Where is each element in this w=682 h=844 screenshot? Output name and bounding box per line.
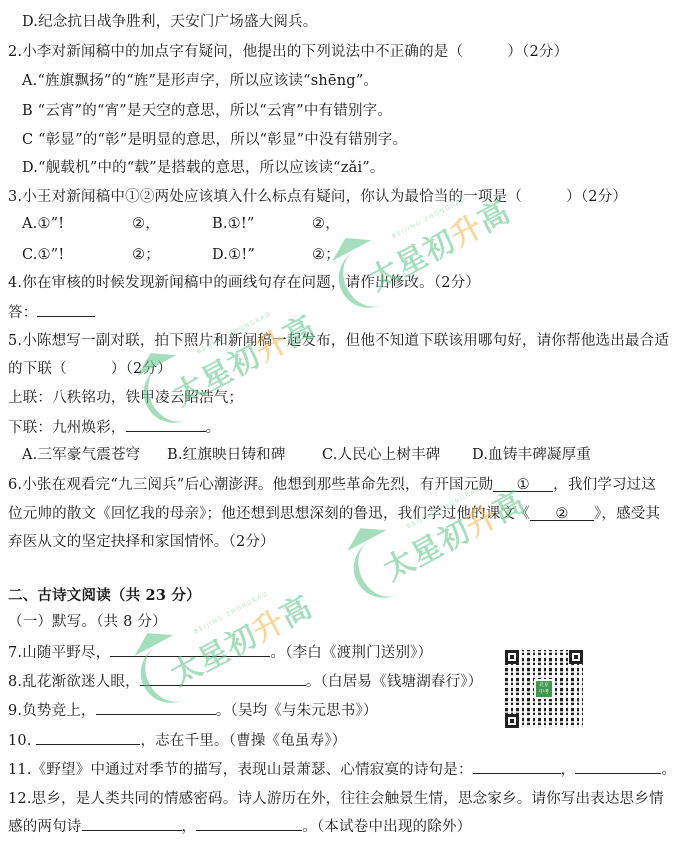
- watermark-arc-icon: [343, 536, 408, 609]
- section-2-subtitle: （一）默写。（共 8 分）: [8, 612, 167, 632]
- q4-answer: 答：: [8, 302, 95, 323]
- q8-suffix: 。（白居易《钱塘湖春行》）: [306, 674, 483, 690]
- q12-blank-1[interactable]: [82, 816, 182, 831]
- q6-line-1-text: 6.小张在观看完“九三阅兵”后心潮澎湃。他想到那些革命先烈，有开国元勋: [8, 477, 493, 493]
- qr-finder-bottom-left: [505, 714, 519, 728]
- q12-line-1: 12.思乡，是人类共同的情感密码。诗人游历在外，往往会触景生情，思念家乡。请你写…: [8, 789, 664, 809]
- q1-option-d: D.纪念抗日战争胜利，天安门广场盛大阅兵。: [22, 12, 317, 32]
- q5-option-b: B.红旗映日铸和碑: [167, 445, 322, 465]
- q7-blank[interactable]: [110, 642, 270, 657]
- qr-logo-line-1: 北京: [536, 682, 552, 689]
- q6-line-1-tail: ，我们学习过这: [553, 477, 656, 493]
- q4-answer-blank[interactable]: [37, 302, 95, 317]
- q2-option-b: B “云宵”的“宵”是天空的意思，所以“云宵”中有错别字。: [22, 101, 392, 121]
- q9: 9.负势竞上，。（吴均《与朱元思书》）: [8, 700, 378, 721]
- q2-option-c: C “彰显”的“彰”是明显的意思，所以“彰显”中没有错别字。: [22, 130, 407, 150]
- q6-line-3: 弃医从文的坚定抉择和家国情怀。（2分）: [8, 532, 275, 552]
- q6-blank-1[interactable]: ①: [493, 477, 553, 492]
- q5-option-d: D.血铸丰碑凝厚重: [472, 445, 591, 465]
- q2-option-a: A.“旌旗飘扬”的“旌”是形声字，所以应该读“shēng”。: [22, 71, 378, 91]
- q3-options-row-2: C.①”!②；D.①!”②；: [22, 245, 340, 265]
- q3-option-a-second: ②，: [132, 214, 212, 234]
- q10-prefix: 10.: [8, 733, 32, 749]
- q5-stem-line-2: 的下联（ ）（2分）: [8, 359, 172, 379]
- q5-lower-prefix: 下联：九州焕彩，: [8, 420, 126, 436]
- q9-blank[interactable]: [96, 700, 216, 715]
- q8-blank[interactable]: [140, 671, 306, 686]
- q5-stem-line-1: 5.小陈想写一副对联，拍下照片和新闻稿一起发布，但他不知道下联该用哪句好，请你帮…: [8, 331, 669, 351]
- q8-prefix: 8.乱花渐欲迷人眼，: [8, 674, 140, 690]
- q6-line-2-text: 位元帅的散文《回忆我的母亲》；他还想到思想深刻的鲁迅，我们学过他的课文《: [8, 506, 530, 522]
- q11-prefix: 11.《野望》中通过对季节的描写，表现山景萧瑟、心情寂寞的诗句是：: [8, 762, 473, 778]
- q3-option-c: C.①”!: [22, 245, 132, 265]
- q10: 10. ，志在千里。（曹操《龟虽寿》）: [8, 730, 346, 751]
- qr-finder-top-left: [505, 650, 519, 664]
- q5-lower-suffix: 。: [206, 420, 221, 436]
- q12-line-2-suffix: 。（本试卷中出现的除外）: [302, 819, 471, 835]
- qr-code: 北京 中考: [505, 650, 583, 728]
- q5-option-c: C.人民心上树丰碑: [322, 445, 472, 465]
- watermark-subtitle: BEIJING ZHONGKAO: [193, 590, 270, 635]
- q6-blank-2[interactable]: ②: [530, 506, 594, 521]
- q4-stem: 4.你在审核的时候发现新闻稿中的画线句存在问题，请作出修改。（2分）: [8, 273, 480, 293]
- q12-blank-2[interactable]: [196, 816, 302, 831]
- q2-stem: 2.小李对新闻稿中的加点字有疑问，他提出的下列说法中不正确的是（ ）（2分）: [8, 42, 568, 62]
- q6-line-1: 6.小张在观看完“九三阅兵”后心潮澎湃。他想到那些革命先烈，有开国元勋①，我们学…: [8, 475, 656, 495]
- q3-option-d-second: ②；: [312, 245, 340, 265]
- qr-logo-line-2: 中考: [536, 689, 552, 696]
- q3-stem: 3.小王对新闻稿中①②两处应该填入什么标点有疑问，你认为最恰当的一项是（ ）（2…: [8, 187, 627, 207]
- q5-upper-couplet: 上联：八秩铭功，铁甲凌云昭浩气；: [8, 388, 243, 408]
- q3-option-d: D.①!”: [212, 245, 312, 265]
- section-2-title: 二、古诗文阅读（共 23 分）: [8, 586, 201, 606]
- q5-options: A.三军豪气震苍穹B.红旗映日铸和碑C.人民心上树丰碑D.血铸丰碑凝厚重: [22, 445, 591, 465]
- q6-line-2: 位元帅的散文《回忆我的母亲》；他还想到思想深刻的鲁迅，我们学过他的课文《②》，感…: [8, 504, 660, 524]
- q3-option-a: A.①”!: [22, 214, 132, 234]
- q5-lower-blank[interactable]: [126, 417, 206, 432]
- qr-finder-top-right: [569, 650, 583, 664]
- q11-suffix: 。: [661, 762, 676, 778]
- q6-line-2-tail: 》，感受其: [594, 506, 660, 522]
- q9-suffix: 。（吴均《与朱元思书》）: [216, 703, 378, 719]
- q11-blank-2[interactable]: [575, 759, 661, 774]
- q10-suffix: ，志在千里。（曹操《龟虽寿》）: [140, 733, 346, 749]
- qr-logo: 北京 中考: [534, 679, 554, 699]
- q11: 11.《野望》中通过对季节的描写，表现山景萧瑟、心情寂寞的诗句是：，。: [8, 759, 676, 780]
- q11-blank-1[interactable]: [473, 759, 561, 774]
- q7: 7.山随平野尽，。（李白《渡荆门送别》）: [8, 642, 432, 663]
- q3-options-row-1: A.①”!②，B.①!”②，: [22, 214, 340, 234]
- q10-blank[interactable]: [36, 730, 140, 745]
- q12-line-2: 感的两句诗，。（本试卷中出现的除外）: [8, 816, 471, 837]
- q4-answer-label: 答：: [8, 305, 37, 321]
- q2-option-d: D.“舰载机”中的“载”是搭载的意思，所以应该读“zǎi”。: [22, 158, 385, 178]
- q7-prefix: 7.山随平野尽，: [8, 645, 110, 661]
- q9-prefix: 9.负势竞上，: [8, 703, 96, 719]
- q3-option-b-second: ②，: [312, 214, 340, 234]
- q5-lower-couplet: 下联：九州焕彩，。: [8, 417, 220, 438]
- q3-option-b: B.①!”: [212, 214, 312, 234]
- q12-line-2-mid: ，: [182, 819, 197, 835]
- q3-option-c-second: ②；: [132, 245, 212, 265]
- q11-mid: ，: [561, 762, 576, 778]
- q8: 8.乱花渐欲迷人眼，。（白居易《钱塘湖春行》）: [8, 671, 482, 692]
- q5-option-a: A.三军豪气震苍穹: [22, 445, 167, 465]
- q12-line-2-prefix: 感的两句诗: [8, 819, 82, 835]
- q7-suffix: 。（李白《渡荆门送别》）: [270, 645, 432, 661]
